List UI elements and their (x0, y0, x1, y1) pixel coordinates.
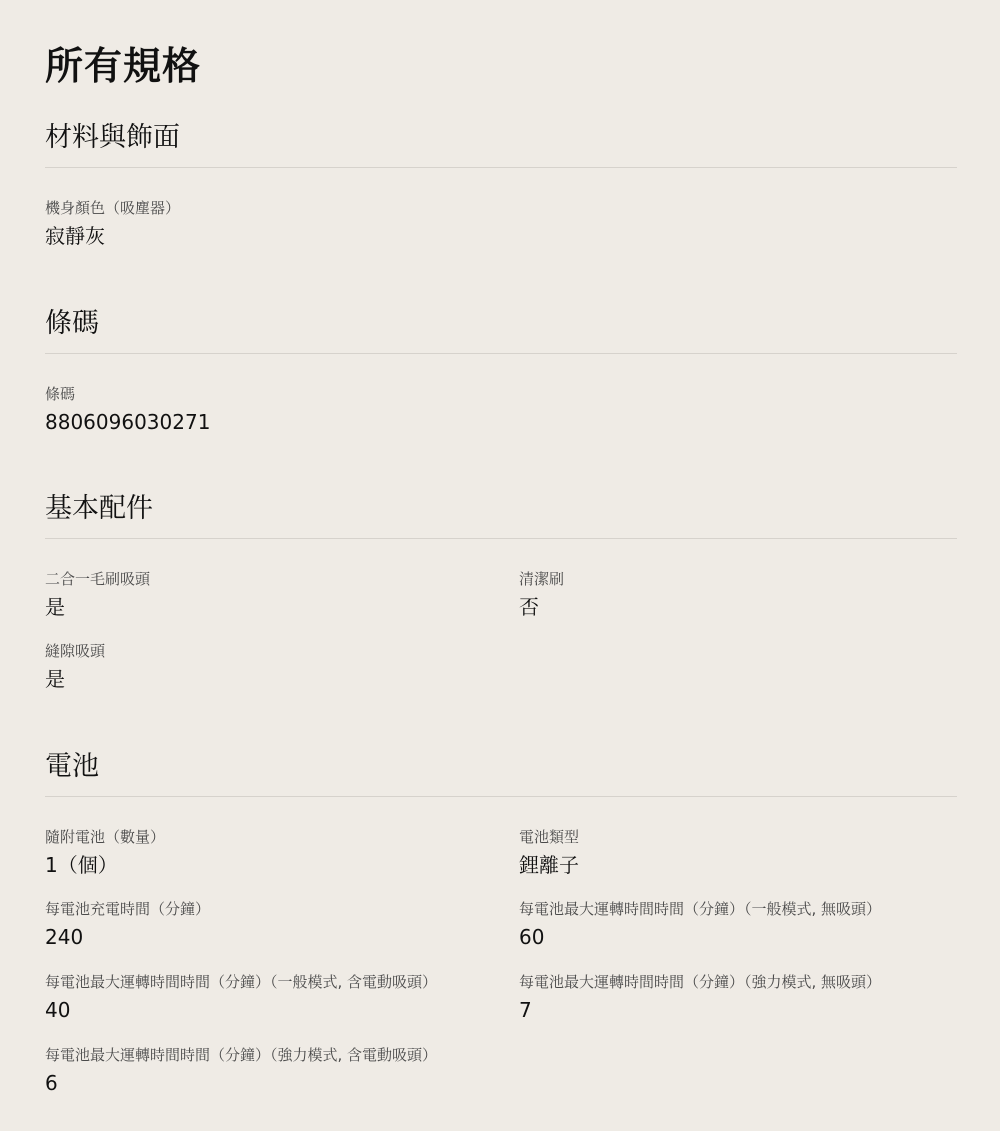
spec-value: 60 (519, 923, 969, 951)
section-basic-accessories: 基本配件 二合一毛刷吸頭 是 清潔刷 否 縫隙吸頭 是 (45, 491, 957, 709)
spec-value: 是 (45, 665, 495, 693)
spec-item-battery-count: 隨附電池（數量） 1（個） (45, 827, 495, 879)
spec-value: 240 (45, 923, 495, 951)
spec-grid: 條碼 8806096030271 (45, 384, 957, 444)
spec-label: 機身顏色（吸塵器） (45, 198, 495, 218)
spec-item-charge-time: 每電池充電時間（分鐘） 240 (45, 899, 495, 951)
section-title: 基本配件 (45, 491, 957, 539)
page-title: 所有規格 (45, 42, 201, 90)
spec-item-runtime-max-no-head: 每電池最大運轉時間時間（分鐘）（強力模式, 無吸頭） 7 (519, 972, 969, 1024)
spec-item-runtime-normal-no-head: 每電池最大運轉時間時間（分鐘）（一般模式, 無吸頭） 60 (519, 899, 969, 951)
spec-label: 每電池最大運轉時間時間（分鐘）（一般模式, 無吸頭） (519, 899, 969, 919)
spec-grid: 隨附電池（數量） 1（個） 電池類型 鋰離子 每電池充電時間（分鐘） 240 每… (45, 827, 957, 1107)
spec-value: 1（個） (45, 851, 495, 879)
spec-item-runtime-normal-power-head: 每電池最大運轉時間時間（分鐘）（一般模式, 含電動吸頭） 40 (45, 972, 495, 1024)
spec-value: 7 (519, 996, 969, 1024)
spec-label: 清潔刷 (519, 569, 969, 589)
spec-label: 二合一毛刷吸頭 (45, 569, 495, 589)
spec-grid: 機身顏色（吸塵器） 寂靜灰 (45, 198, 957, 258)
spec-item-runtime-max-power-head: 每電池最大運轉時間時間（分鐘）（強力模式, 含電動吸頭） 6 (45, 1045, 495, 1097)
spec-item-battery-type: 電池類型 鋰離子 (519, 827, 969, 879)
section-title: 電池 (45, 749, 957, 797)
spec-label: 電池類型 (519, 827, 969, 847)
spec-value: 6 (45, 1069, 495, 1097)
spec-item-crevice-tool: 縫隙吸頭 是 (45, 641, 495, 693)
spec-label: 每電池最大運轉時間時間（分鐘）（一般模式, 含電動吸頭） (45, 972, 495, 992)
spec-item-2in1-brush: 二合一毛刷吸頭 是 (45, 569, 495, 621)
section-barcode: 條碼 條碼 8806096030271 (45, 306, 957, 444)
section-materials-finish: 材料與飾面 機身顏色（吸塵器） 寂靜灰 (45, 120, 957, 258)
section-title: 材料與飾面 (45, 120, 957, 168)
spec-label: 每電池最大運轉時間時間（分鐘）（強力模式, 含電動吸頭） (45, 1045, 495, 1065)
spec-value: 是 (45, 593, 495, 621)
spec-label: 條碼 (45, 384, 495, 404)
spec-item-body-color: 機身顏色（吸塵器） 寂靜灰 (45, 198, 495, 250)
spec-label: 每電池最大運轉時間時間（分鐘）（強力模式, 無吸頭） (519, 972, 969, 992)
spec-label: 隨附電池（數量） (45, 827, 495, 847)
spec-value: 40 (45, 996, 495, 1024)
section-battery: 電池 隨附電池（數量） 1（個） 電池類型 鋰離子 每電池充電時間（分鐘） 24… (45, 749, 957, 1107)
spec-value: 鋰離子 (519, 851, 969, 879)
section-title: 條碼 (45, 306, 957, 354)
spec-label: 每電池充電時間（分鐘） (45, 899, 495, 919)
spec-grid: 二合一毛刷吸頭 是 清潔刷 否 縫隙吸頭 是 (45, 569, 957, 709)
spec-item-cleaning-brush: 清潔刷 否 (519, 569, 969, 621)
spec-item-barcode: 條碼 8806096030271 (45, 384, 495, 436)
spec-value: 寂靜灰 (45, 222, 495, 250)
spec-label: 縫隙吸頭 (45, 641, 495, 661)
spec-value: 否 (519, 593, 969, 621)
spec-value: 8806096030271 (45, 408, 495, 436)
